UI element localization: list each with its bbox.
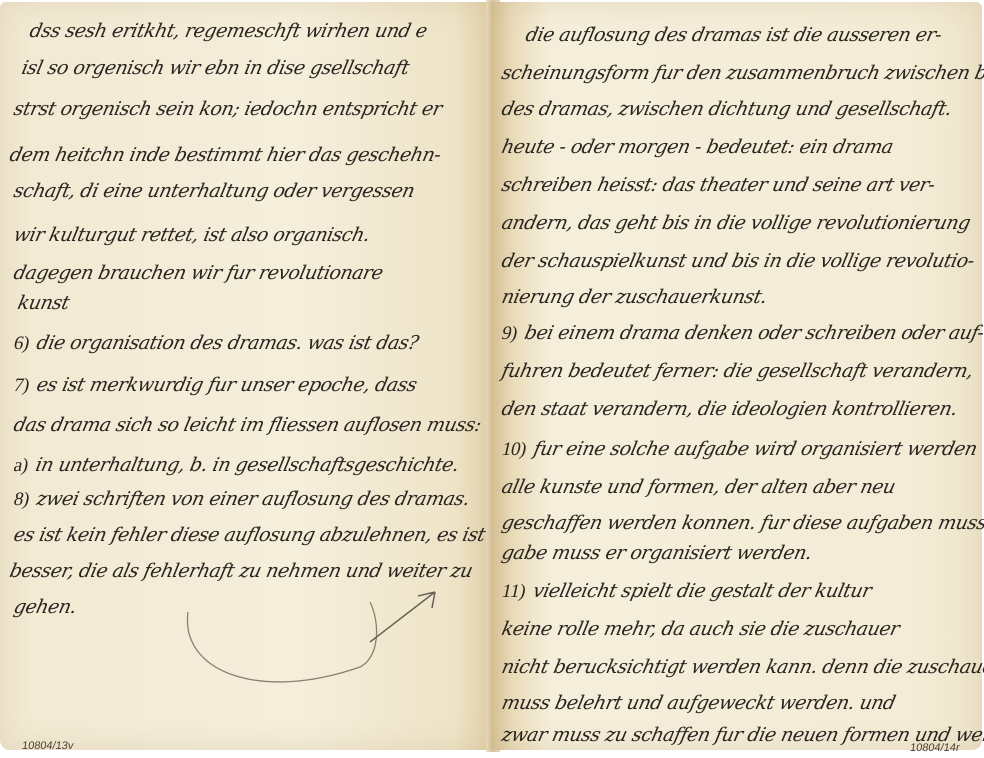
text-line: scheinungsform fur den zusammenbruch zwi… xyxy=(500,62,984,84)
text-line: nicht berucksichtigt werden kann. denn d… xyxy=(500,656,984,678)
text-line: das drama sich so leicht im fliessen auf… xyxy=(12,414,483,436)
text-line: der schauspielkunst und bis in die volli… xyxy=(500,250,976,272)
text-line: heute - oder morgen - bedeutet: ein dram… xyxy=(500,136,895,158)
text-line: geschaffen werden konnen. fur diese aufg… xyxy=(500,512,984,534)
pencil-arrow-annotation xyxy=(180,582,450,692)
numbered-item-11: 11)vielleicht spielt die gestalt der kul… xyxy=(500,580,874,603)
text-line: besser, die als fehlerhaft zu nehmen und… xyxy=(8,560,475,582)
text-line: den staat verandern, die ideologien kont… xyxy=(500,398,960,420)
text-line: keine rolle mehr, da auch sie die zuscha… xyxy=(500,618,901,640)
text-line: muss belehrt und aufgeweckt werden. und xyxy=(500,692,898,714)
text-line: fuhren bedeutet ferner: die gesellschaft… xyxy=(500,360,975,382)
text-line: kunst xyxy=(16,292,72,314)
text-line: schreiben heisst: das theater und seine … xyxy=(500,174,937,196)
text-line: alle kunste und formen, der alten aber n… xyxy=(500,476,898,498)
right-page: die auflosung des dramas ist die aussere… xyxy=(492,2,982,750)
archive-shelfmark-right: 10804/14r xyxy=(909,742,960,754)
text-line: wir kulturgut rettet, ist also organisch… xyxy=(12,224,372,246)
text-line: es ist kein fehler diese auflosung abzul… xyxy=(12,524,487,546)
text-line: nierung der zuschauerkunst. xyxy=(500,286,769,308)
numbered-item-10: 10)fur eine solche aufgabe wird organisi… xyxy=(500,438,979,461)
text-line: isl so orgenisch wir ebn in dise gsellsc… xyxy=(20,57,411,79)
text-line: dem heitchn inde bestimmt hier das gesch… xyxy=(8,144,443,166)
numbered-item-6: 6)die organisation des dramas. was ist d… xyxy=(12,332,421,355)
text-line: gabe muss er organisiert werden. xyxy=(500,542,814,564)
archive-shelfmark-left: 10804/13v xyxy=(21,740,74,752)
text-line: des dramas, zwischen dichtung und gesell… xyxy=(500,98,954,120)
numbered-item-8: 8)zwei schriften von einer auflosung des… xyxy=(12,488,472,511)
numbered-item-9: 9)bei einem drama denken oder schreiben … xyxy=(500,322,984,345)
notebook-spread: dss sesh eritkht, regemeschft wirhen und… xyxy=(0,0,984,752)
text-line: die auflosung des dramas ist die aussere… xyxy=(524,24,944,46)
left-page: dss sesh eritkht, regemeschft wirhen und… xyxy=(0,2,492,750)
numbered-item-7: 7)es ist merkwurdig fur unser epoche, da… xyxy=(12,374,419,397)
item-7a: a)in unterhaltung, b. in gesellschaftsge… xyxy=(12,454,461,477)
text-line: dagegen brauchen wir fur revolutionare xyxy=(12,262,385,284)
text-line: schaft, di eine unterhaltung oder verges… xyxy=(12,180,417,202)
text-line: gehen. xyxy=(12,596,79,618)
text-line: dss sesh eritkht, regemeschft wirhen und… xyxy=(28,20,429,42)
text-line: andern, das geht bis in die vollige revo… xyxy=(500,212,973,234)
text-line: strst orgenisch sein kon; iedochn entspr… xyxy=(12,98,444,120)
